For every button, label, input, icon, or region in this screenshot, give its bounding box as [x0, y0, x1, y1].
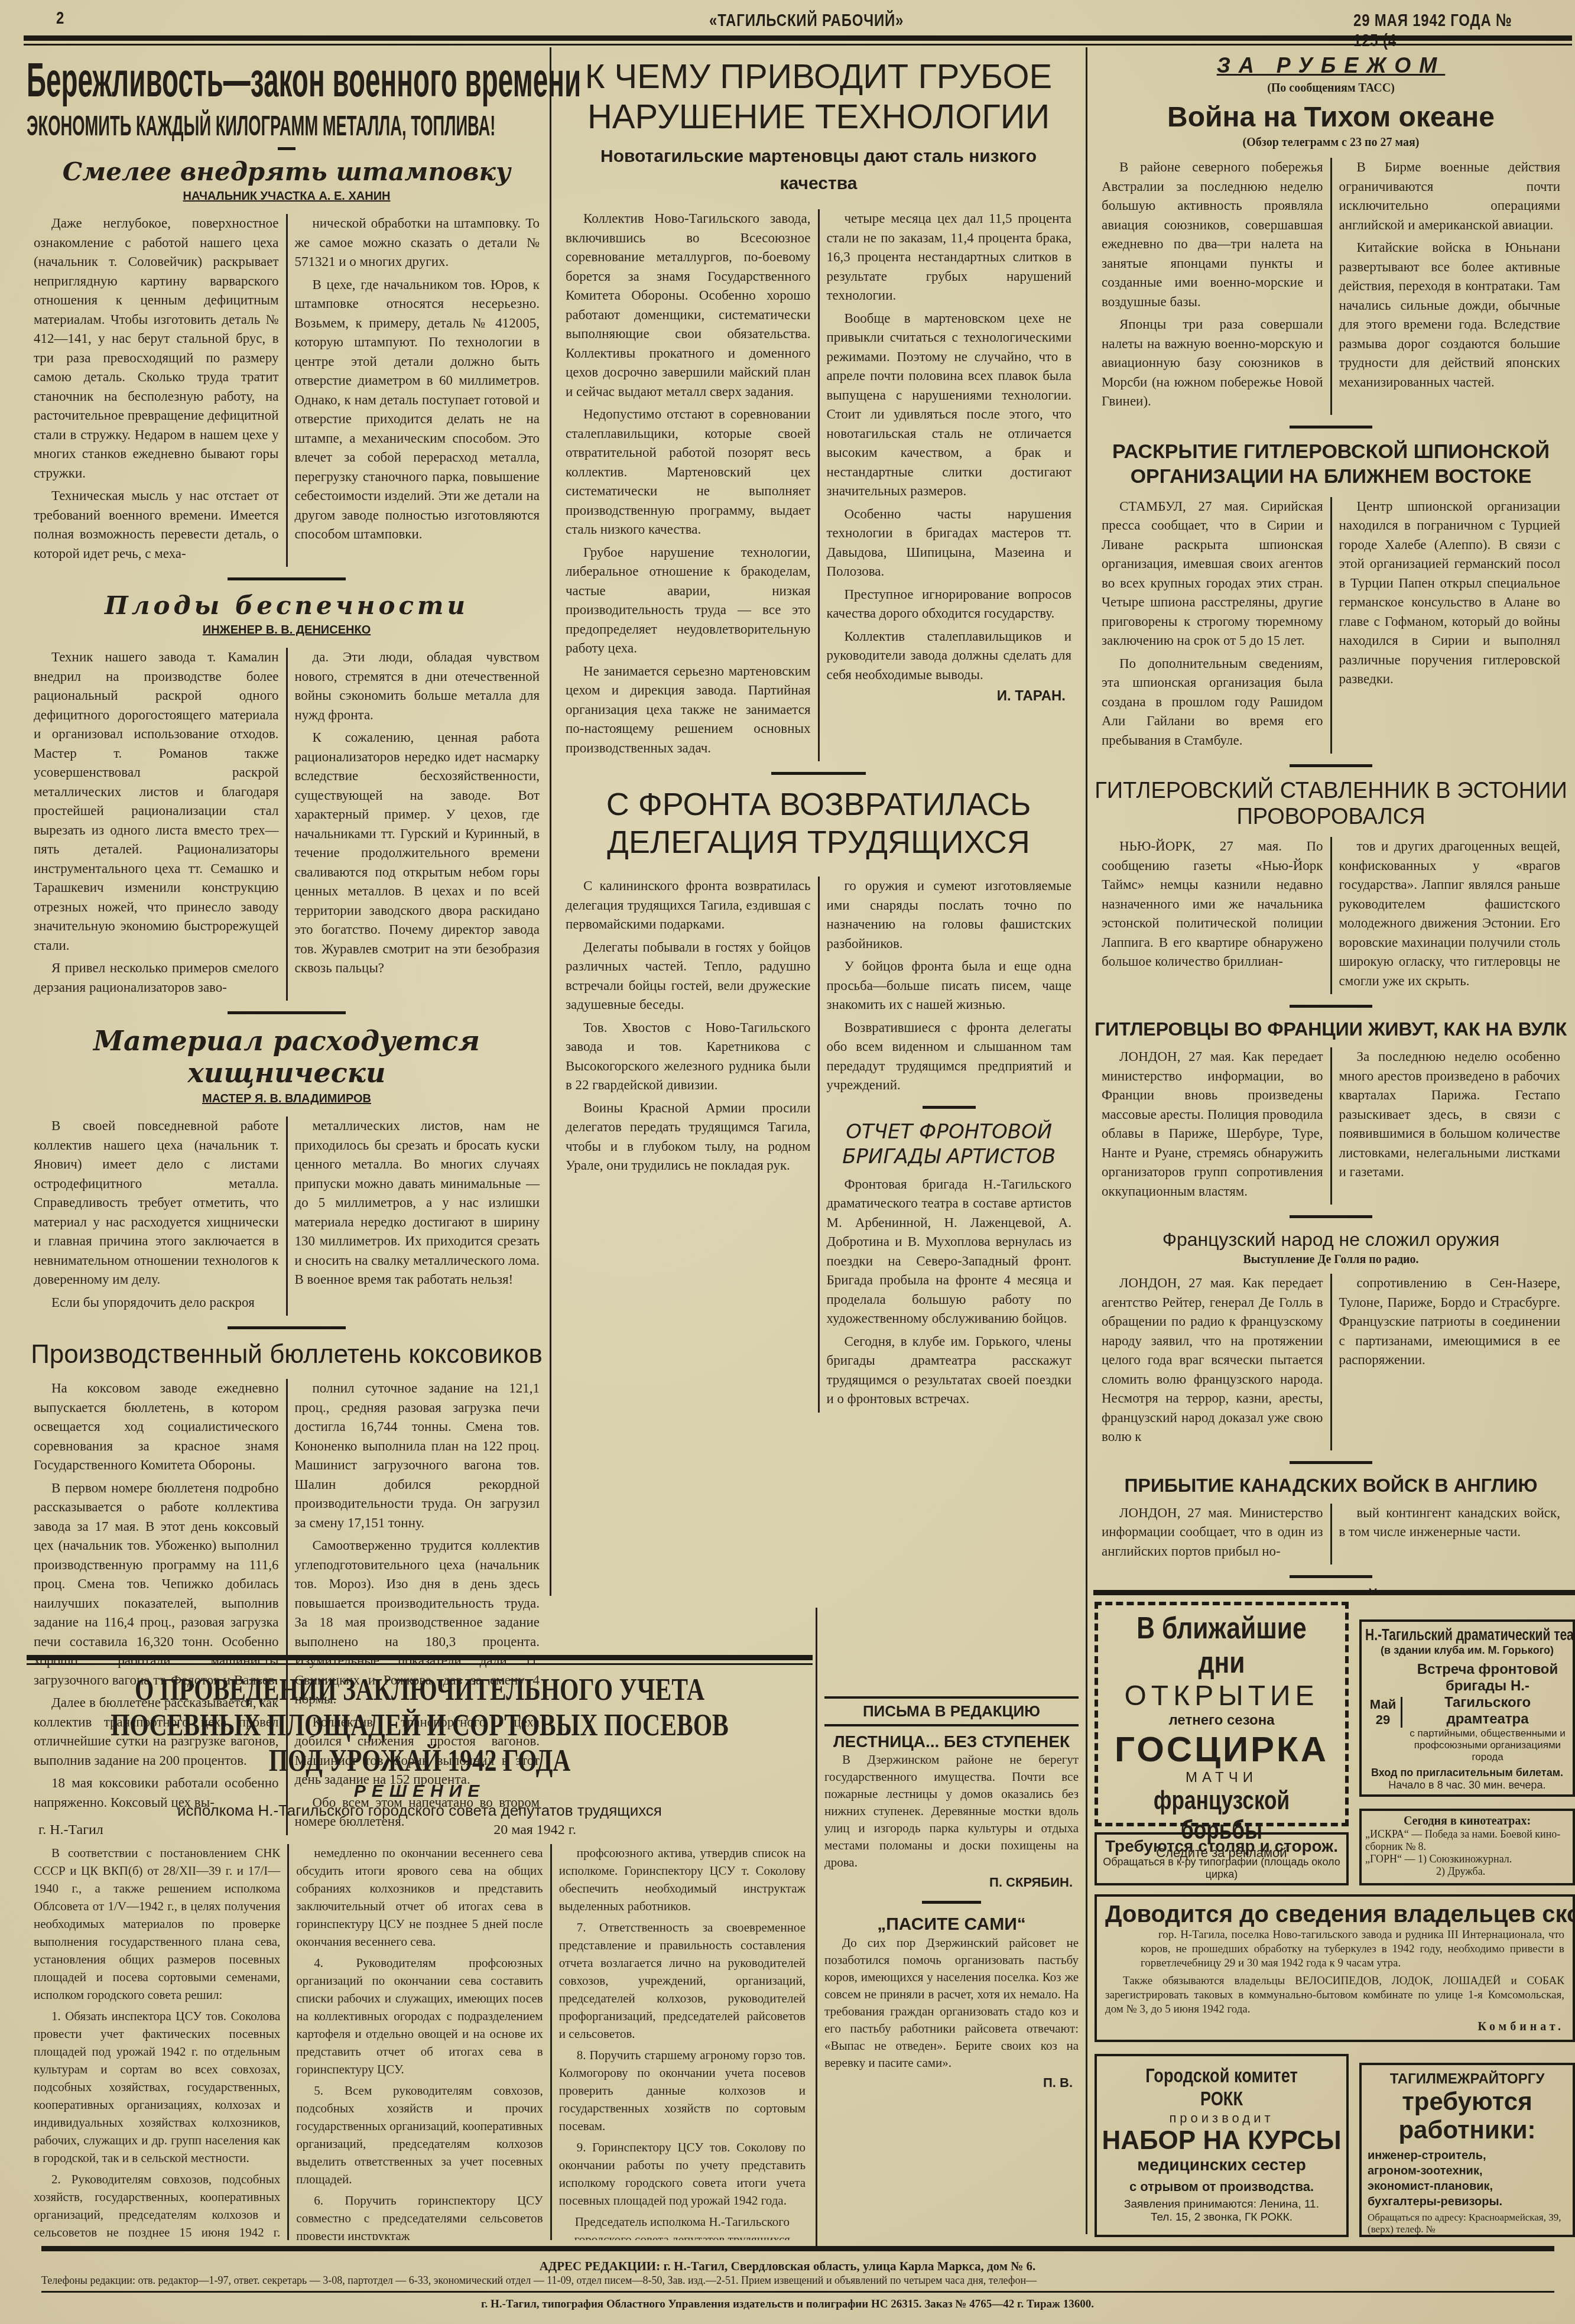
paragraph: Японцы три раза совершали налеты на важн…	[1102, 315, 1323, 411]
decree-place: г. Н.-Тагил	[38, 1822, 103, 1838]
article-title: Французский народ не сложил оружия	[1095, 1229, 1567, 1251]
paragraph: В своей повседневной работе коллектив на…	[34, 1116, 279, 1290]
article-subtitle: Новотагильские мартеновцы дают сталь низ…	[594, 143, 1043, 197]
paragraph: На коксовом заводе ежедневно выпускается…	[34, 1379, 279, 1475]
ad-line: Требуются столяр и сторож.	[1099, 1837, 1344, 1856]
section-label: ЗА РУБЕЖОМ	[1095, 53, 1567, 78]
separator	[1290, 1461, 1372, 1464]
article-subtitle: Выступление Де Голля по радио.	[1095, 1253, 1567, 1267]
paragraph: го оружия и сумеют изготовляемые ими сна…	[827, 877, 1072, 953]
paragraph: В соответствии с постановлением СНК СССР…	[34, 1844, 280, 2004]
brigade-title: ОТЧЕТ ФРОНТОВОЙ БРИГАДЫ АРТИСТОВ	[827, 1119, 1072, 1169]
theatre-start: Начало в 8 час. 30 мин. вечера.	[1365, 1779, 1569, 1791]
paragraph: ЛОНДОН, 27 мая. Министерство информации …	[1102, 1504, 1323, 1562]
paragraph: 5. Всем руководителям совхозов, подсобны…	[296, 2082, 543, 2188]
article-title: ПРИБЫТИЕ КАНАДСКИХ ВОЙСК В АНГЛИЮ	[1095, 1475, 1567, 1497]
ad-rokk: Городской комитет РОКК производит НАБОР …	[1095, 2054, 1349, 2237]
cinema-title: Сегодня в кинотеатрах:	[1365, 1815, 1569, 1828]
source-note: (По сообщениям ТАСС)	[1095, 82, 1567, 95]
paragraph: ЛОНДОН, 27 мая. Как передает министерств…	[1102, 1047, 1323, 1201]
letter-signature: П. В.	[830, 2075, 1073, 2091]
article-carelessness: Плоды беспечности ИНЖЕНЕР В. В. ДЕНИСЕНК…	[27, 591, 547, 1001]
ad-line: В ближайшие дни	[1123, 1611, 1320, 1680]
column-divider	[550, 47, 551, 1596]
paragraph: тов и других драгоценных вещей, конфиско…	[1339, 837, 1561, 991]
owners-signature: Комбинат.	[1105, 2020, 1564, 2034]
column-divider	[1086, 47, 1087, 2234]
page-number: 2	[56, 8, 64, 28]
paragraph: Техник нашего завода т. Камалин внедрил …	[34, 648, 279, 955]
theatre-with: с партийными, общественными и профсоюзны…	[1406, 1728, 1569, 1763]
paragraph: До сих пор Дзержинский райсовет не позаб…	[824, 1934, 1079, 2072]
ad-line: ГОСЦИРКА	[1102, 1729, 1342, 1770]
cinema-line: „ГОРН“ — 1) Союзкиножурнал.	[1365, 1853, 1569, 1865]
article-title: Плоды беспечности	[27, 591, 547, 620]
article-subtitle: (Обзор телеграмм с 23 по 27 мая)	[1095, 136, 1567, 150]
article-title: Материал расходуется хищнически	[27, 1025, 547, 1089]
paragraph: гор. Н-Тагила, поселка Ново-тагильского …	[1141, 1928, 1564, 1971]
separator	[228, 1011, 346, 1014]
letter-title: „ПАСИТЕ САМИ“	[824, 1914, 1079, 1934]
article-byline: МАСТЕР Я. В. ВЛАДИМИРОВ	[27, 1092, 547, 1106]
ad-cinema: Сегодня в кинотеатрах: „ИСКРА“ — Победа …	[1359, 1809, 1575, 1885]
letters-section: ПИСЬМА В РЕДАКЦИЮ ЛЕСТНИЦА... БЕЗ СТУПЕН…	[824, 1696, 1079, 2240]
theatre-day: 29	[1365, 1712, 1401, 1728]
decree-date: 20 мая 1942 г.	[493, 1822, 576, 1838]
paragraph: да. Эти люди, обладая чувством нового, с…	[295, 648, 540, 725]
paragraph: Коллектив Ново-Тагильского завода, включ…	[566, 209, 811, 401]
theatre-entry: Вход по пригласительным билетам.	[1365, 1767, 1569, 1779]
cinema-line: „ИСКРА“ — Победа за нами. Боевой кино-сб…	[1365, 1828, 1569, 1853]
footer-rule	[41, 2291, 1554, 2293]
paragraph: Техническая мысль у нас отстает от требо…	[34, 486, 279, 563]
paragraph: В Бирме военные действия ограничиваются …	[1339, 158, 1561, 235]
footer-phones: Телефоны редакции: отв. редактор—1-97, о…	[41, 2274, 1554, 2287]
paragraph: Тов. Хвостов с Ново-Тагильского завода и…	[566, 1018, 811, 1095]
column-technology: К ЧЕМУ ПРИВОДИТ ГРУБОЕ НАРУШЕНИЕ ТЕХНОЛО…	[558, 53, 1079, 1413]
ad-line: ОТКРЫТИЕ	[1102, 1680, 1342, 1712]
ad-line: производит	[1100, 2111, 1343, 2126]
delegation-title: С ФРОНТА ВОЗВРАТИЛАСЬ ДЕЛЕГАЦИЯ ТРУДЯЩИХ…	[582, 786, 1055, 861]
article-byline: ИНЖЕНЕР В. В. ДЕНИСЕНКО	[27, 624, 547, 637]
paragraph: СТАМБУЛ, 27 мая. Сирийская пресса сообща…	[1102, 497, 1323, 651]
paragraph: Сегодня, в клубе им. Горького, члены бри…	[827, 1332, 1072, 1409]
article-title: Производственный бюллетень коксовиков	[27, 1340, 547, 1369]
ad-line: Тел. 15, 2 звонка, ГК РОКК.	[1100, 2211, 1343, 2224]
separator	[1290, 426, 1372, 429]
ad-line: летнего сезона	[1102, 1712, 1342, 1729]
article-byline: НАЧАЛЬНИК УЧАСТКА А. Е. ХАНИН	[27, 190, 547, 203]
article-title: ГИТЛЕРОВЦЫ ВО ФРАНЦИИ ЖИВУТ, КАК НА ВУЛК…	[1095, 1018, 1567, 1040]
paragraph: вый контингент канадских войск, в том чи…	[1339, 1504, 1561, 1542]
article-title: Война на Тихом океане	[1095, 101, 1567, 134]
article-stamping: Смелее внедрять штамповку НАЧАЛЬНИК УЧАС…	[27, 157, 547, 567]
paragraph: С калининского фронта возвратилась делег…	[566, 877, 811, 934]
paragraph: 8. Поручить старшему агроному горзо тов.…	[559, 2046, 806, 2135]
masthead-rule-thin	[24, 44, 1572, 46]
signature: И. ТАРАН.	[833, 688, 1066, 705]
article-title: Смелее внедрять штамповку	[27, 157, 547, 186]
paragraph: 9. Горинспектору ЦСУ тов. Соколову по ок…	[559, 2138, 806, 2209]
paragraph: В Дзержинском районе не берегут государс…	[824, 1751, 1079, 1871]
separator	[228, 577, 346, 580]
decree-title: О ПРОВЕДЕНИИ ЗАКЛЮЧИТЕЛЬНОГО УЧЕТА ПОСЕВ…	[105, 1673, 734, 1779]
ads-rule	[1093, 1590, 1575, 1595]
paragraph: Я привел несколько примеров смелого дерз…	[34, 959, 279, 997]
footer-address: АДРЕС РЕДАКЦИИ: г. Н.-Тагил, Свердловска…	[0, 2259, 1575, 2274]
ad-line: Обращаться по адресу: Красноармейская, 3…	[1368, 2212, 1567, 2235]
footer-printer: г. Н.-Тагил, типография Областного Управ…	[0, 2298, 1575, 2311]
separator	[1290, 1005, 1372, 1008]
paragraph: 2. Руководителям совхозов, подсобных хоз…	[34, 2170, 280, 2240]
paragraph: нической обработки на штамповку. То же с…	[295, 214, 540, 272]
decree-section: О ПРОВЕДЕНИИ ЗАКЛЮЧИТЕЛЬНОГО УЧЕТА ПОСЕВ…	[27, 1673, 813, 2240]
ad-line: НАБОР НА КУРСЫ	[1100, 2126, 1343, 2156]
job-item: инженер-строитель,	[1368, 2148, 1567, 2163]
banner-headline: Бережливость—закон военного времени	[27, 53, 318, 108]
ad-line: Заявления принимаются: Ленина, 11.	[1100, 2198, 1343, 2211]
separator	[1290, 1215, 1372, 1218]
ad-line: Городской комитет РОКК	[1125, 2065, 1319, 2111]
theatre-date: Май 29	[1365, 1697, 1402, 1728]
paragraph: НЬЮ-ЙОРК, 27 мая. По сообщению газеты «Н…	[1102, 837, 1323, 972]
ad-joiner: Требуются столяр и сторож. Обращаться в …	[1095, 1832, 1349, 1885]
paragraph: Возвратившиеся с фронта делегаты обо все…	[827, 1018, 1072, 1095]
article-material: Материал расходуется хищнически МАСТЕР Я…	[27, 1025, 547, 1316]
cinema-line: 2) Дружба.	[1365, 1865, 1569, 1878]
paragraph: Делегаты побывали в гостях у бойцов разл…	[566, 938, 811, 1015]
paragraph: 6. Поручить горинспектору ЦСУ совместно …	[296, 2192, 543, 2240]
signatory-title: Председатель исполкома Н.-Тагильского го…	[559, 2213, 806, 2240]
paragraph: 4. Руководителям профсоюзных организаций…	[296, 1954, 543, 2078]
job-item: бухгалтеры-ревизоры.	[1368, 2194, 1567, 2209]
paragraph: Грубое нарушение технологии, либеральное…	[566, 543, 811, 658]
paragraph: Воины Красной Армии просили делегатов пе…	[566, 1099, 811, 1176]
article-title: РАСКРЫТИЕ ГИТЛЕРОВСКОЙ ШПИОНСКОЙ ОРГАНИЗ…	[1095, 439, 1567, 489]
column-divider	[816, 1608, 817, 2246]
ad-line: требуются	[1368, 2088, 1567, 2116]
separator	[771, 772, 866, 775]
paragraph: По дополнительным сведениям, эта шпионск…	[1102, 654, 1323, 751]
ad-owners: Доводится до сведения владельцев скота г…	[1095, 1894, 1575, 2042]
separator	[228, 1326, 346, 1329]
paragraph: В районе северного побережья Австралии з…	[1102, 158, 1323, 311]
ad-torg: ТАГИЛМЕЖРАЙТОРГУ требуются работники: ин…	[1359, 2063, 1575, 2237]
separator	[278, 147, 295, 150]
separator	[1290, 1575, 1372, 1578]
letter-signature: П. СКРЯБИН.	[830, 1875, 1073, 1890]
theatre-month: Май	[1365, 1697, 1401, 1712]
paragraph: сопротивлению в Сен-Назере, Тулоне, Пари…	[1339, 1274, 1561, 1370]
ad-line: Обращаться в к-ру типографии (площадь ок…	[1099, 1856, 1344, 1881]
paragraph: Недопустимо отстают в соревновании стале…	[566, 405, 811, 540]
paragraph: ЛОНДОН, 27 мая. Как передает агентство Р…	[1102, 1274, 1323, 1447]
theatre-event: Встреча фронтовой бригады Н.-Тагильского…	[1406, 1661, 1569, 1728]
owners-title: Доводится до сведения владельцев скота	[1105, 1901, 1564, 1928]
section-rule	[27, 1663, 813, 1665]
ad-line: МАТЧИ	[1102, 1770, 1342, 1786]
paragraph: Даже неглубокое, поверхностное ознакомле…	[34, 214, 279, 483]
paragraph: Фронтовая бригада Н.-Тагильского драмати…	[827, 1175, 1072, 1329]
paragraph: Китайские войска в Юньнани развертывают …	[1339, 238, 1561, 392]
decree-issuer: исполкома Н.-Тагильского городского сове…	[27, 1802, 813, 1820]
paragraph: металлических листов, нам не приходилось…	[295, 1116, 540, 1290]
paragraph: 7. Ответственность за своевременное пред…	[559, 1919, 806, 2043]
ad-line: медицинских сестер	[1100, 2156, 1343, 2174]
paragraph: Если бы упорядочить дело раскроя	[34, 1293, 279, 1313]
ad-line: с отрывом от производства.	[1100, 2179, 1343, 2195]
separator	[923, 1106, 976, 1109]
newspaper-name: «ТАГИЛЬСКИЙ РАБОЧИЙ»	[709, 11, 904, 31]
article-title: К ЧЕМУ ПРИВОДИТ ГРУБОЕ НАРУШЕНИЕ ТЕХНОЛО…	[558, 57, 1079, 137]
letter-title: ЛЕСТНИЦА... БЕЗ СТУПЕНЕК	[824, 1732, 1079, 1751]
paragraph: Преступное игнорирование вопросов качест…	[827, 585, 1072, 624]
paragraph: В цехе, где начальником тов. Юров, к шта…	[295, 275, 540, 544]
paragraph: полнил суточное задание на 121,1 проц., …	[295, 1379, 540, 1533]
separator	[1290, 764, 1372, 767]
ad-line: ТАГИЛМЕЖРАЙТОРГУ	[1368, 2071, 1567, 2088]
job-item: экономист-плановик,	[1368, 2179, 1567, 2194]
paragraph: Центр шпионской организации находился в …	[1339, 497, 1561, 689]
masthead-rule	[24, 35, 1572, 41]
section-rule	[27, 1655, 813, 1660]
column-economy: Бережливость—закон военного времени ЭКОН…	[27, 53, 547, 1835]
paragraph: Коллектив сталеплавильщиков и руководите…	[827, 627, 1072, 685]
paragraph: Особенно часты нарушения технологии в бр…	[827, 505, 1072, 582]
paragraph: немедленно по окончании весеннего сева о…	[296, 1844, 543, 1950]
paragraph: профсоюзного актива, утвердив список на …	[559, 1844, 806, 1915]
decree-label: РЕШЕНИЕ	[27, 1781, 813, 1802]
job-item: агроном-зоотехник,	[1368, 2163, 1567, 2179]
paragraph: Не занимается серьезно мартеновским цехо…	[566, 662, 811, 758]
separator	[922, 1901, 981, 1904]
ad-theatre: Н.-Тагильский драматический театр (в зда…	[1359, 1619, 1575, 1797]
theatre-location: (в здании клуба им. М. Горького)	[1365, 1644, 1569, 1657]
ad-line: работники:	[1368, 2116, 1567, 2144]
footer-rule	[41, 2246, 1554, 2251]
article-title: ГИТЛЕРОВСКИЙ СТАВЛЕННИК В ЭСТОНИИ ПРОВОР…	[1095, 778, 1567, 830]
paragraph: К сожалению, ценная работа рационализато…	[295, 728, 540, 978]
column-abroad: ЗА РУБЕЖОМ (По сообщениям ТАСС) Война на…	[1095, 53, 1567, 1590]
theatre-title: Н.-Тагильский драматический театр	[1365, 1625, 1518, 1644]
ad-circus: В ближайшие дни ОТКРЫТИЕ летнего сезона …	[1095, 1602, 1349, 1826]
paragraph: Вообще в мартеновском цехе не привыкли с…	[827, 309, 1072, 501]
paragraph: За последнюю неделю особенно много арест…	[1339, 1047, 1561, 1182]
paragraph: У бойцов фронта была и еще одна просьба—…	[827, 957, 1072, 1015]
letters-header: ПИСЬМА В РЕДАКЦИЮ	[824, 1696, 1079, 1726]
paragraph: Также обязываются владельцы ВЕЛОСИПЕДОВ,…	[1105, 1974, 1564, 2017]
paragraph: 1. Обязать инспектора ЦСУ тов. Соколова …	[34, 2007, 280, 2167]
banner-subheadline: ЭКОНОМИТЬ КАЖДЫЙ КИЛОГРАММ МЕТАЛЛА, ТОПЛ…	[27, 110, 323, 142]
paragraph: четыре месяца цех дал 11,5 процента стал…	[827, 209, 1072, 306]
